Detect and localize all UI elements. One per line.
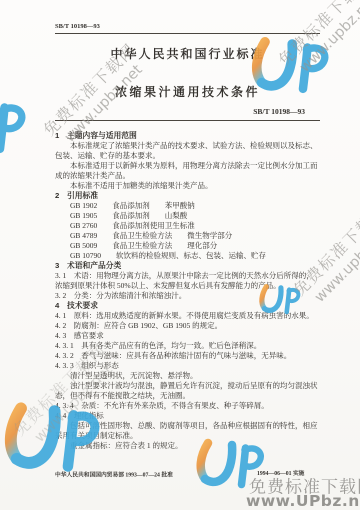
section-heading-3: 3 术语和产品分类 [55,261,325,271]
body-line: 浊汁型要求汁液均匀混浊，静置后允许有沉淀，搅动后呈原有的均匀混浊状 [55,381,325,391]
approval-text: 中华人民共和国国内贸易部 1993—07—24 批准 [55,471,173,479]
watermark-text-topright: 免费标准下载网 www.upbz.net [273,0,360,82]
section-heading-2: 2 引用标准 [55,191,325,201]
document-title: 浓缩果汁通用技术条件 [55,82,320,100]
section-heading-1: 1 主题内容与适用范围 [55,131,325,141]
reference-line: GB 2760 食品添加剂使用卫生标准 [55,221,325,231]
body-line: 浓缩到原果汁体积 50%以上、未发酵但复水后具有发酵能力的产品。 [55,281,325,291]
body-line: 4. 4 理化指标 [55,411,325,421]
body-line: 采用有关项目制定标准。 [55,431,325,441]
implementation-text: 1994—06—01 实施 [257,469,304,477]
up-logo-leftedge [0,95,30,155]
body-line: 重金属指标：应符合表 1 的规定。 [55,441,325,451]
body-line: 清汁型呈透明状，无沉淀物、悬浮物。 [55,371,325,381]
body-line: 4. 3. 2 香气与滋味：应具有各品种浓缩汁固有的气味与滋味，无异味。 [55,351,325,361]
body-line: 4. 3 感官要求 [55,331,325,341]
section-heading-4: 4 技术要求 [55,301,325,311]
body-line: 成的浓缩果汁类产品。 [55,171,325,181]
reference-line: GB 10790 软饮料的检验规则、标志、包装、运输、贮存 [55,251,325,261]
standard-type-heading: 中华人民共和国行业标准 [55,44,320,62]
body-line: 本标准规定了浓缩果汁类产品的技术要求、试验方法、检验规则以及标志、 [55,141,325,151]
reference-line: GB 4789 食品卫生检验方法 微生物学部分 [55,231,325,241]
document-body: 1 主题内容与适用范围 本标准规定了浓缩果汁类产品的技术要求、试验方法、检验规则… [55,131,325,451]
header-rule-top [55,33,320,34]
header-rule-bottom [55,120,320,121]
body-line: 本标准不适用于加糖类的浓缩果汁类产品。 [55,181,325,191]
scanned-standard-page: SB/T 10198—93 中华人民共和国行业标准 浓缩果汁通用技术条件 SB/… [0,0,360,510]
body-line: 本标准适用于以新鲜水果为原料，用物理分离方法除去一定比例水分加工而 [55,161,325,171]
body-line: 4. 3. 3 组织与形态 [55,361,325,371]
reference-line: GB 5009 食品卫生检验方法 理化部分 [55,241,325,251]
reference-line: GB 1902 食品添加剂 苯甲酸钠 [55,201,325,211]
page-inner: SB/T 10198—93 中华人民共和国行业标准 浓缩果汁通用技术条件 SB/… [0,0,360,510]
watermark-site-url-large: www.UPbz.net [246,492,360,510]
body-line: 4. 1 原料：选用成熟适度的新鲜水果。不得使用腐烂变质及有病虫害的水果。 [55,311,325,321]
body-line: 3. 1 术语：用物理分离方法，从原果汁中除去一定比例的天然水分后所得的， [55,271,325,281]
body-line: 4. 3. 1 具有各类产品应有的色泽，均匀一致。贮后色泽稍深。 [55,341,325,351]
body-line: 4. 3. 4 杂质：不允许有外来杂质，不得含有果皮、种子等碎屑。 [55,401,325,411]
body-line: 态，但不得有不能搅散之结块，无油圈。 [55,391,325,401]
doc-number: SB/T 10198—93 [55,108,305,117]
body-line: 包装、运输、贮存的基本要求。 [55,151,325,161]
body-line: 包括可溶性固形物、总酸、防腐剂等项目，各品种应根据固有的特性，相应 [55,421,325,431]
doc-number-top: SB/T 10198—93 [55,22,100,30]
body-line: 3. 2 分类：分为浓缩清汁和浓缩浊汁。 [55,291,325,301]
reference-line: GB 1905 食品添加剂 山梨酸 [55,211,325,221]
body-line: 4. 2 防腐剂：应符合 GB 1902、GB 1905 的规定。 [55,321,325,331]
watermark-site-url: www.upbz.net [289,0,360,82]
